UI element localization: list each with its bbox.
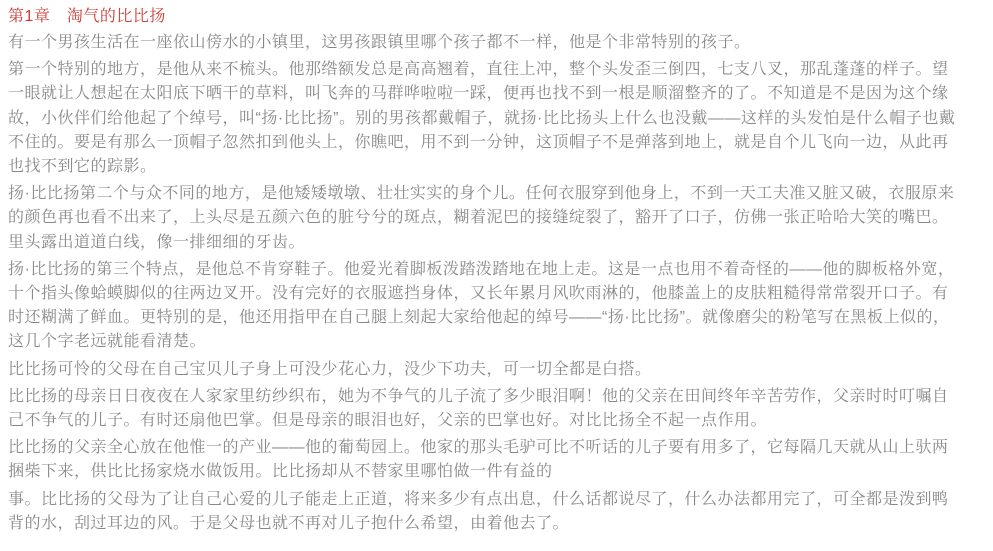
paragraph: 第一个特别的地方，是他从来不梳头。他那绺额发总是高高翘着，直往上冲，整个头发歪三… xyxy=(8,58,985,179)
paragraph: 比比扬可怜的父母在自己宝贝儿子身上可没少花心力，没少下功夫，可一切全都是白搭。 xyxy=(8,358,985,382)
chapter-title: 第1章 淘气的比比扬 xyxy=(8,5,985,29)
paragraph: 比比扬的父亲全心放在他惟一的产业——他的葡萄园上。他家的那头毛驴可比不听话的儿子… xyxy=(8,436,985,484)
chapter-page: 第1章 淘气的比比扬 有一个男孩生活在一座依山傍水的小镇里，这男孩跟镇里哪个孩子… xyxy=(0,0,993,551)
paragraph: 事。比比扬的父母为了让自己心爱的儿子能走上正道，将来多少有点出息，什么话都说尽了… xyxy=(8,488,985,536)
paragraph: 扬·比比扬的第三个特点，是他总不肯穿鞋子。他爱光着脚板泼踏泼踏地在地上走。这是一… xyxy=(8,258,985,355)
paragraph: 比比扬的母亲日日夜夜在人家家里纺纱织布，她为不争气的儿子流了多少眼泪啊！他的父亲… xyxy=(8,385,985,433)
paragraph: 有一个男孩生活在一座依山傍水的小镇里，这男孩跟镇里哪个孩子都不一样，他是个非常特… xyxy=(8,31,985,55)
paragraph: 扬·比比扬第二个与众不同的地方，是他矮矮墩墩、壮壮实实的身个儿。任何衣服穿到他身… xyxy=(8,182,985,255)
